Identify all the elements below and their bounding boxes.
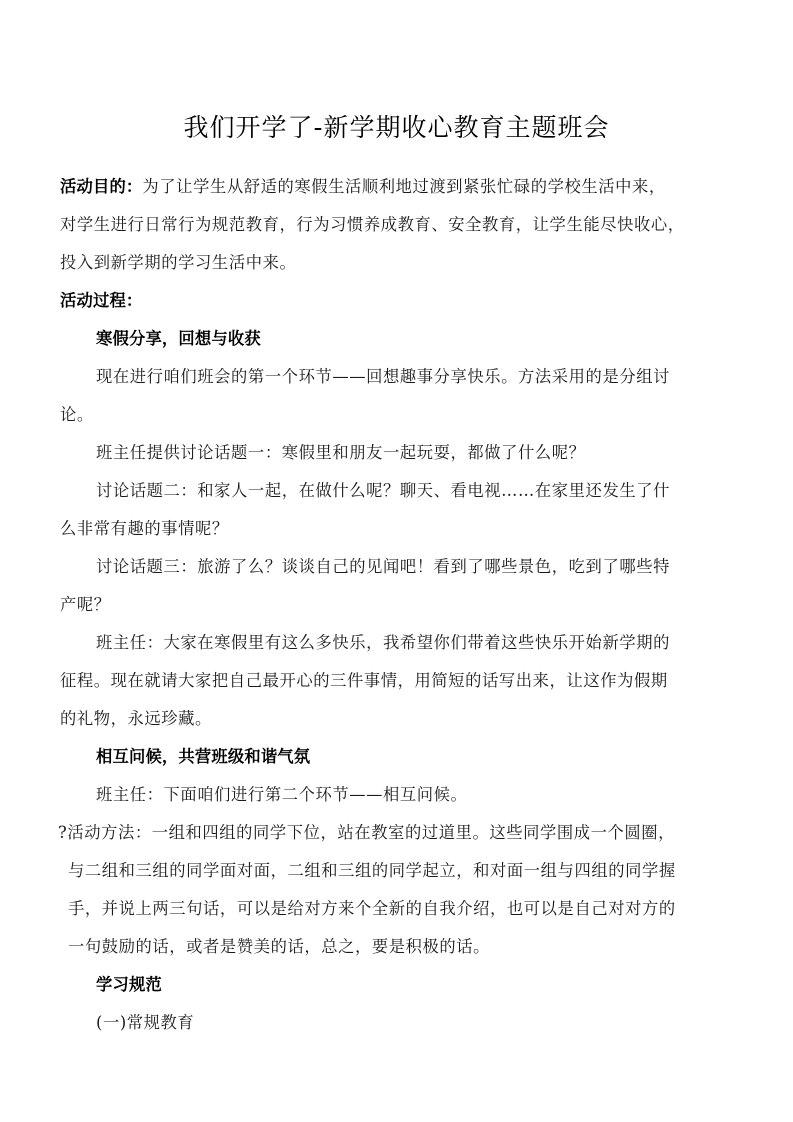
- section1-line: 产呢？: [60, 594, 111, 616]
- purpose-line-2: 对学生进行日常行为规范教育，行为习惯养成教育、安全教育，让学生能尽快收心，: [60, 214, 685, 236]
- section1-line: 么非常有趣的事情呢？: [60, 518, 229, 540]
- section2-line: 手，并说上两三句话，可以是给对方来个全新的自我介绍，也可以是自己对对方的: [68, 898, 676, 920]
- section1-line: 论。: [60, 404, 94, 426]
- document-title: 我们开学了-新学期收心教育主题班会: [0, 110, 793, 146]
- section1-line: 讨论话题二：和家人一起，在做什么呢？聊天、看电视……在家里还发生了什: [96, 480, 670, 502]
- section2-line: 与二组和三组的同学面对面，二组和三组的同学起立，和对面一组与四组的同学握: [68, 860, 676, 882]
- purpose-label: 活动目的：: [60, 177, 142, 196]
- purpose-line-3: 投入到新学期的学习生活中来。: [60, 252, 296, 274]
- section1-line: 现在进行咱们班会的第一个环节——回想趣事分享快乐。方法采用的是分组讨: [96, 366, 670, 388]
- section1-line: 班主任提供讨论话题一：寒假里和朋友一起玩耍，都做了什么呢？: [96, 442, 586, 464]
- section2-heading: 相互问候，共营班级和谐气氛: [96, 746, 310, 768]
- section1-heading: 寒假分享，回想与收获: [96, 328, 261, 350]
- document-page: 我们开学了-新学期收心教育主题班会 活动目的：为了让学生从舒适的寒假生活顺利地过…: [0, 0, 793, 1122]
- section2-line: 一句鼓励的话，或者是赞美的话，总之，要是积极的话。: [68, 936, 490, 958]
- section1-line: 征程。现在就请大家把自己最开心的三件事情，用简短的话写出来，让这作为假期: [60, 670, 668, 692]
- section2-line: ?活动方法：一组和四组的同学下位，站在教室的过道里。这些同学围成一个圆圈，: [58, 822, 675, 844]
- section3-line: (一)常规教育: [96, 1012, 194, 1034]
- section2-line: 班主任：下面咱们进行第二个环节——相互问候。: [96, 784, 467, 806]
- section1-line: 的礼物，永远珍藏。: [60, 708, 212, 730]
- purpose-text: 为了让学生从舒适的寒假生活顺利地过渡到紧张忙碌的学校生活中来，: [142, 177, 665, 196]
- section1-line: 讨论话题三：旅游了么？谈谈自己的见闻吧！看到了哪些景色，吃到了哪些特: [96, 556, 670, 578]
- process-label: 活动过程：: [60, 290, 142, 312]
- purpose-line-1: 活动目的：为了让学生从舒适的寒假生活顺利地过渡到紧张忙碌的学校生活中来，: [60, 176, 666, 198]
- section1-line: 班主任：大家在寒假里有这么多快乐，我希望你们带着这些快乐开始新学期的: [96, 632, 670, 654]
- section3-heading: 学习规范: [96, 974, 162, 996]
